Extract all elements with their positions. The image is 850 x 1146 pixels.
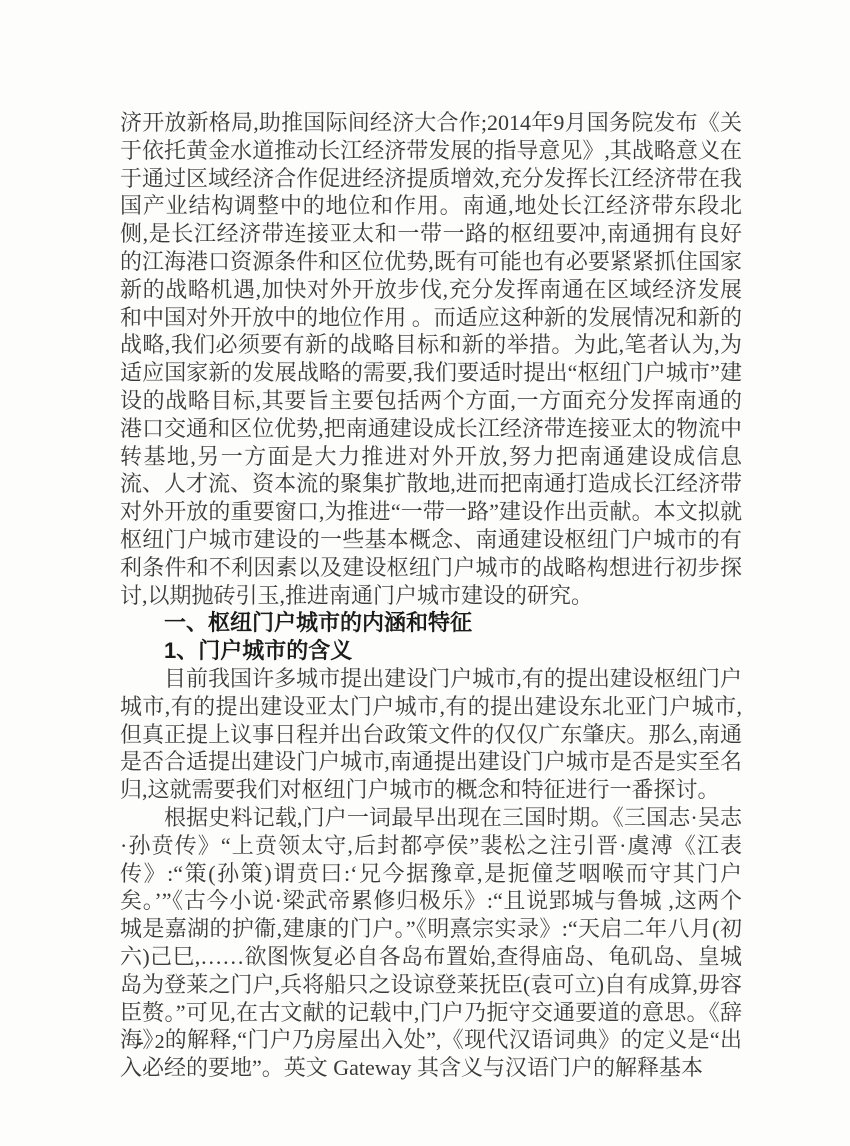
paragraph: 济开放新格局,助推国际间经济大合作;2014年9月国务院发布《关于依托黄金水道推… bbox=[120, 109, 742, 609]
text-block: 济开放新格局,助推国际间经济大合作;2014年9月国务院发布《关于依托黄金水道推… bbox=[120, 109, 742, 1082]
paragraph: 目前我国许多城市提出建设门户城市,有的提出建设枢纽门户城市,有的提出建设亚太门户… bbox=[120, 665, 742, 804]
paragraph: 根据史料记载,门户一词最早出现在三国时期。《三国志·吴志·孙贲传》“上贲领太守,… bbox=[120, 804, 742, 1082]
section-heading: 1、门户城市的含义 bbox=[120, 637, 742, 665]
document-page: 济开放新格局,助推国际间经济大合作;2014年9月国务院发布《关于依托黄金水道推… bbox=[0, 0, 850, 1146]
section-heading: 一、枢纽门户城市的内涵和特征 bbox=[120, 609, 742, 637]
page-number-label: - 2 - bbox=[137, 1031, 185, 1054]
